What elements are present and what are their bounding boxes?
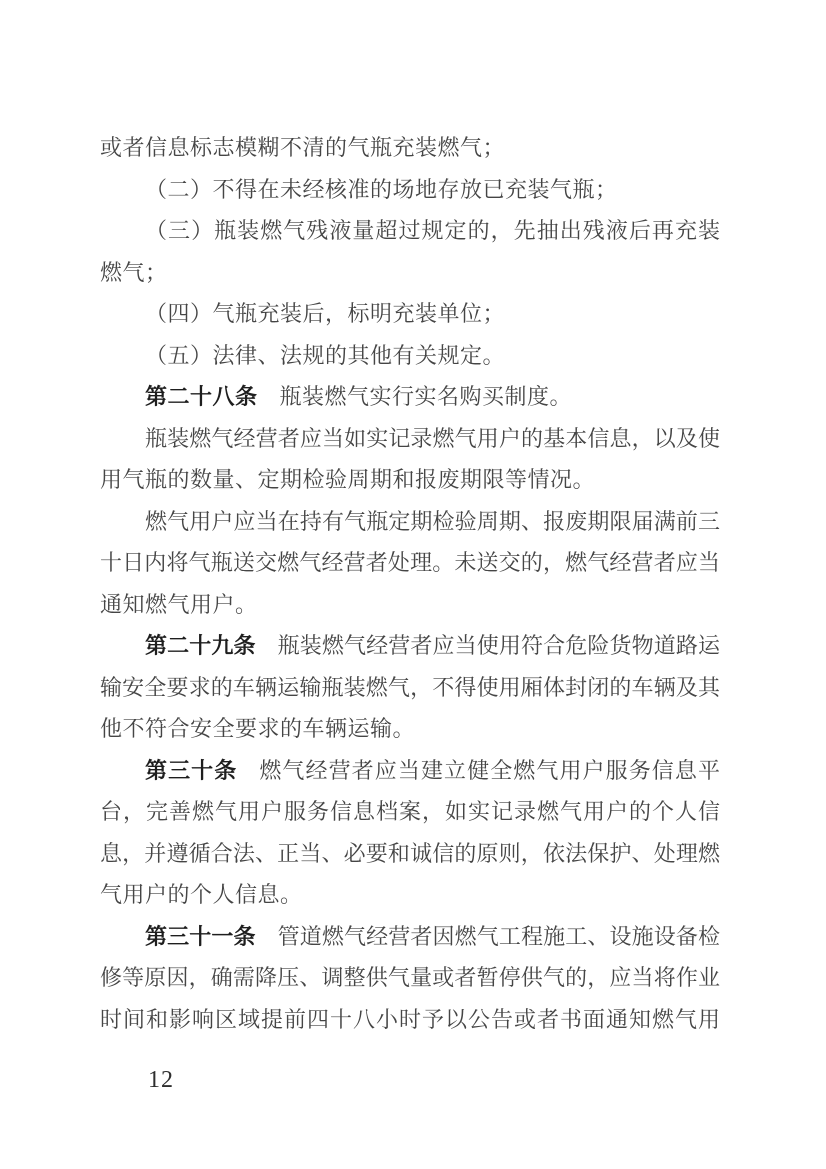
document-line: 他不符合安全要求的车辆运输。 — [100, 708, 720, 750]
line-text: （五）法律、法规的其他有关规定。 — [145, 343, 505, 368]
line-text: 气用户的个人信息。 — [100, 882, 303, 907]
document-line: 台，完善燃气用户服务信息档案，如实记录燃气用户的个人信 — [100, 791, 720, 833]
document-line: 息，并遵循合法、正当、必要和诚信的原则，依法保护、处理燃 — [100, 833, 720, 875]
document-line: （四）气瓶充装后，标明充装单位； — [100, 293, 720, 335]
document-line: 或者信息标志模糊不清的气瓶充装燃气； — [100, 127, 720, 169]
line-text: 瓶装燃气经营者应当如实记录燃气用户的基本信息，以及使 — [145, 426, 720, 451]
line-text: 十日内将气瓶送交燃气经营者处理。未送交的，燃气经营者应当 — [100, 550, 720, 575]
document-line: 燃气用户应当在持有气瓶定期检验周期、报废期限届满前三 — [100, 501, 720, 543]
line-text: 输安全要求的车辆运输瓶装燃气，不得使用厢体封闭的车辆及其 — [100, 675, 720, 700]
line-text: 燃气； — [100, 260, 168, 285]
document-line: 燃气； — [100, 252, 720, 294]
line-text: 通知燃气用户。 — [100, 592, 258, 617]
document-line: 用气瓶的数量、定期检验周期和报废期限等情况。 — [100, 459, 720, 501]
article-number-label: 第三十一条 — [145, 924, 256, 949]
document-body: 或者信息标志模糊不清的气瓶充装燃气；（二）不得在未经核准的场地存放已充装气瓶；（… — [100, 127, 720, 1040]
document-line: 输安全要求的车辆运输瓶装燃气，不得使用厢体封闭的车辆及其 — [100, 667, 720, 709]
article-line: 第三十条燃气经营者应当建立健全燃气用户服务信息平 — [100, 750, 720, 792]
document-line: （二）不得在未经核准的场地存放已充装气瓶； — [100, 169, 720, 211]
document-line: 通知燃气用户。 — [100, 584, 720, 626]
line-text: 管道燃气经营者因燃气工程施工、设施设备检 — [278, 924, 720, 949]
line-text: 台，完善燃气用户服务信息档案，如实记录燃气用户的个人信 — [100, 799, 720, 824]
article-line: 第三十一条管道燃气经营者因燃气工程施工、设施设备检 — [100, 916, 720, 958]
line-text: 时间和影响区域提前四十八小时予以公告或者书面通知燃气用 — [100, 1007, 720, 1032]
document-line: （五）法律、法规的其他有关规定。 — [100, 335, 720, 377]
page-number: 12 — [148, 1062, 174, 1098]
document-line: 十日内将气瓶送交燃气经营者处理。未送交的，燃气经营者应当 — [100, 542, 720, 584]
line-text: 燃气用户应当在持有气瓶定期检验周期、报废期限届满前三 — [145, 509, 720, 534]
document-line: 瓶装燃气经营者应当如实记录燃气用户的基本信息，以及使 — [100, 418, 720, 460]
line-text: （二）不得在未经核准的场地存放已充装气瓶； — [145, 177, 618, 202]
line-text: 用气瓶的数量、定期检验周期和报废期限等情况。 — [100, 467, 595, 492]
line-text: 他不符合安全要求的车辆运输。 — [100, 716, 415, 741]
article-number-label: 第二十九条 — [145, 633, 256, 658]
line-text: （四）气瓶充装后，标明充装单位； — [145, 301, 505, 326]
line-text: （三）瓶装燃气残液量超过规定的，先抽出残液后再充装 — [145, 218, 720, 243]
document-line: 时间和影响区域提前四十八小时予以公告或者书面通知燃气用 — [100, 999, 720, 1041]
article-number-label: 第三十条 — [145, 758, 237, 783]
document-line: 气用户的个人信息。 — [100, 874, 720, 916]
document-line: （三）瓶装燃气残液量超过规定的，先抽出残液后再充装 — [100, 210, 720, 252]
article-line: 第二十九条瓶装燃气经营者应当使用符合危险货物道路运 — [100, 625, 720, 667]
line-text: 燃气经营者应当建立健全燃气用户服务信息平 — [259, 758, 720, 783]
article-number-label: 第二十八条 — [145, 384, 258, 409]
article-line: 第二十八条瓶装燃气实行实名购买制度。 — [100, 376, 720, 418]
document-line: 修等原因，确需降压、调整供气量或者暂停供气的，应当将作业 — [100, 957, 720, 999]
line-text: 或者信息标志模糊不清的气瓶充装燃气； — [100, 135, 505, 160]
document-page: 或者信息标志模糊不清的气瓶充装燃气；（二）不得在未经核准的场地存放已充装气瓶；（… — [0, 0, 826, 1169]
line-text: 瓶装燃气实行实名购买制度。 — [280, 384, 573, 409]
line-text: 修等原因，确需降压、调整供气量或者暂停供气的，应当将作业 — [100, 965, 720, 990]
line-text: 瓶装燃气经营者应当使用符合危险货物道路运 — [278, 633, 720, 658]
line-text: 息，并遵循合法、正当、必要和诚信的原则，依法保护、处理燃 — [100, 841, 720, 866]
